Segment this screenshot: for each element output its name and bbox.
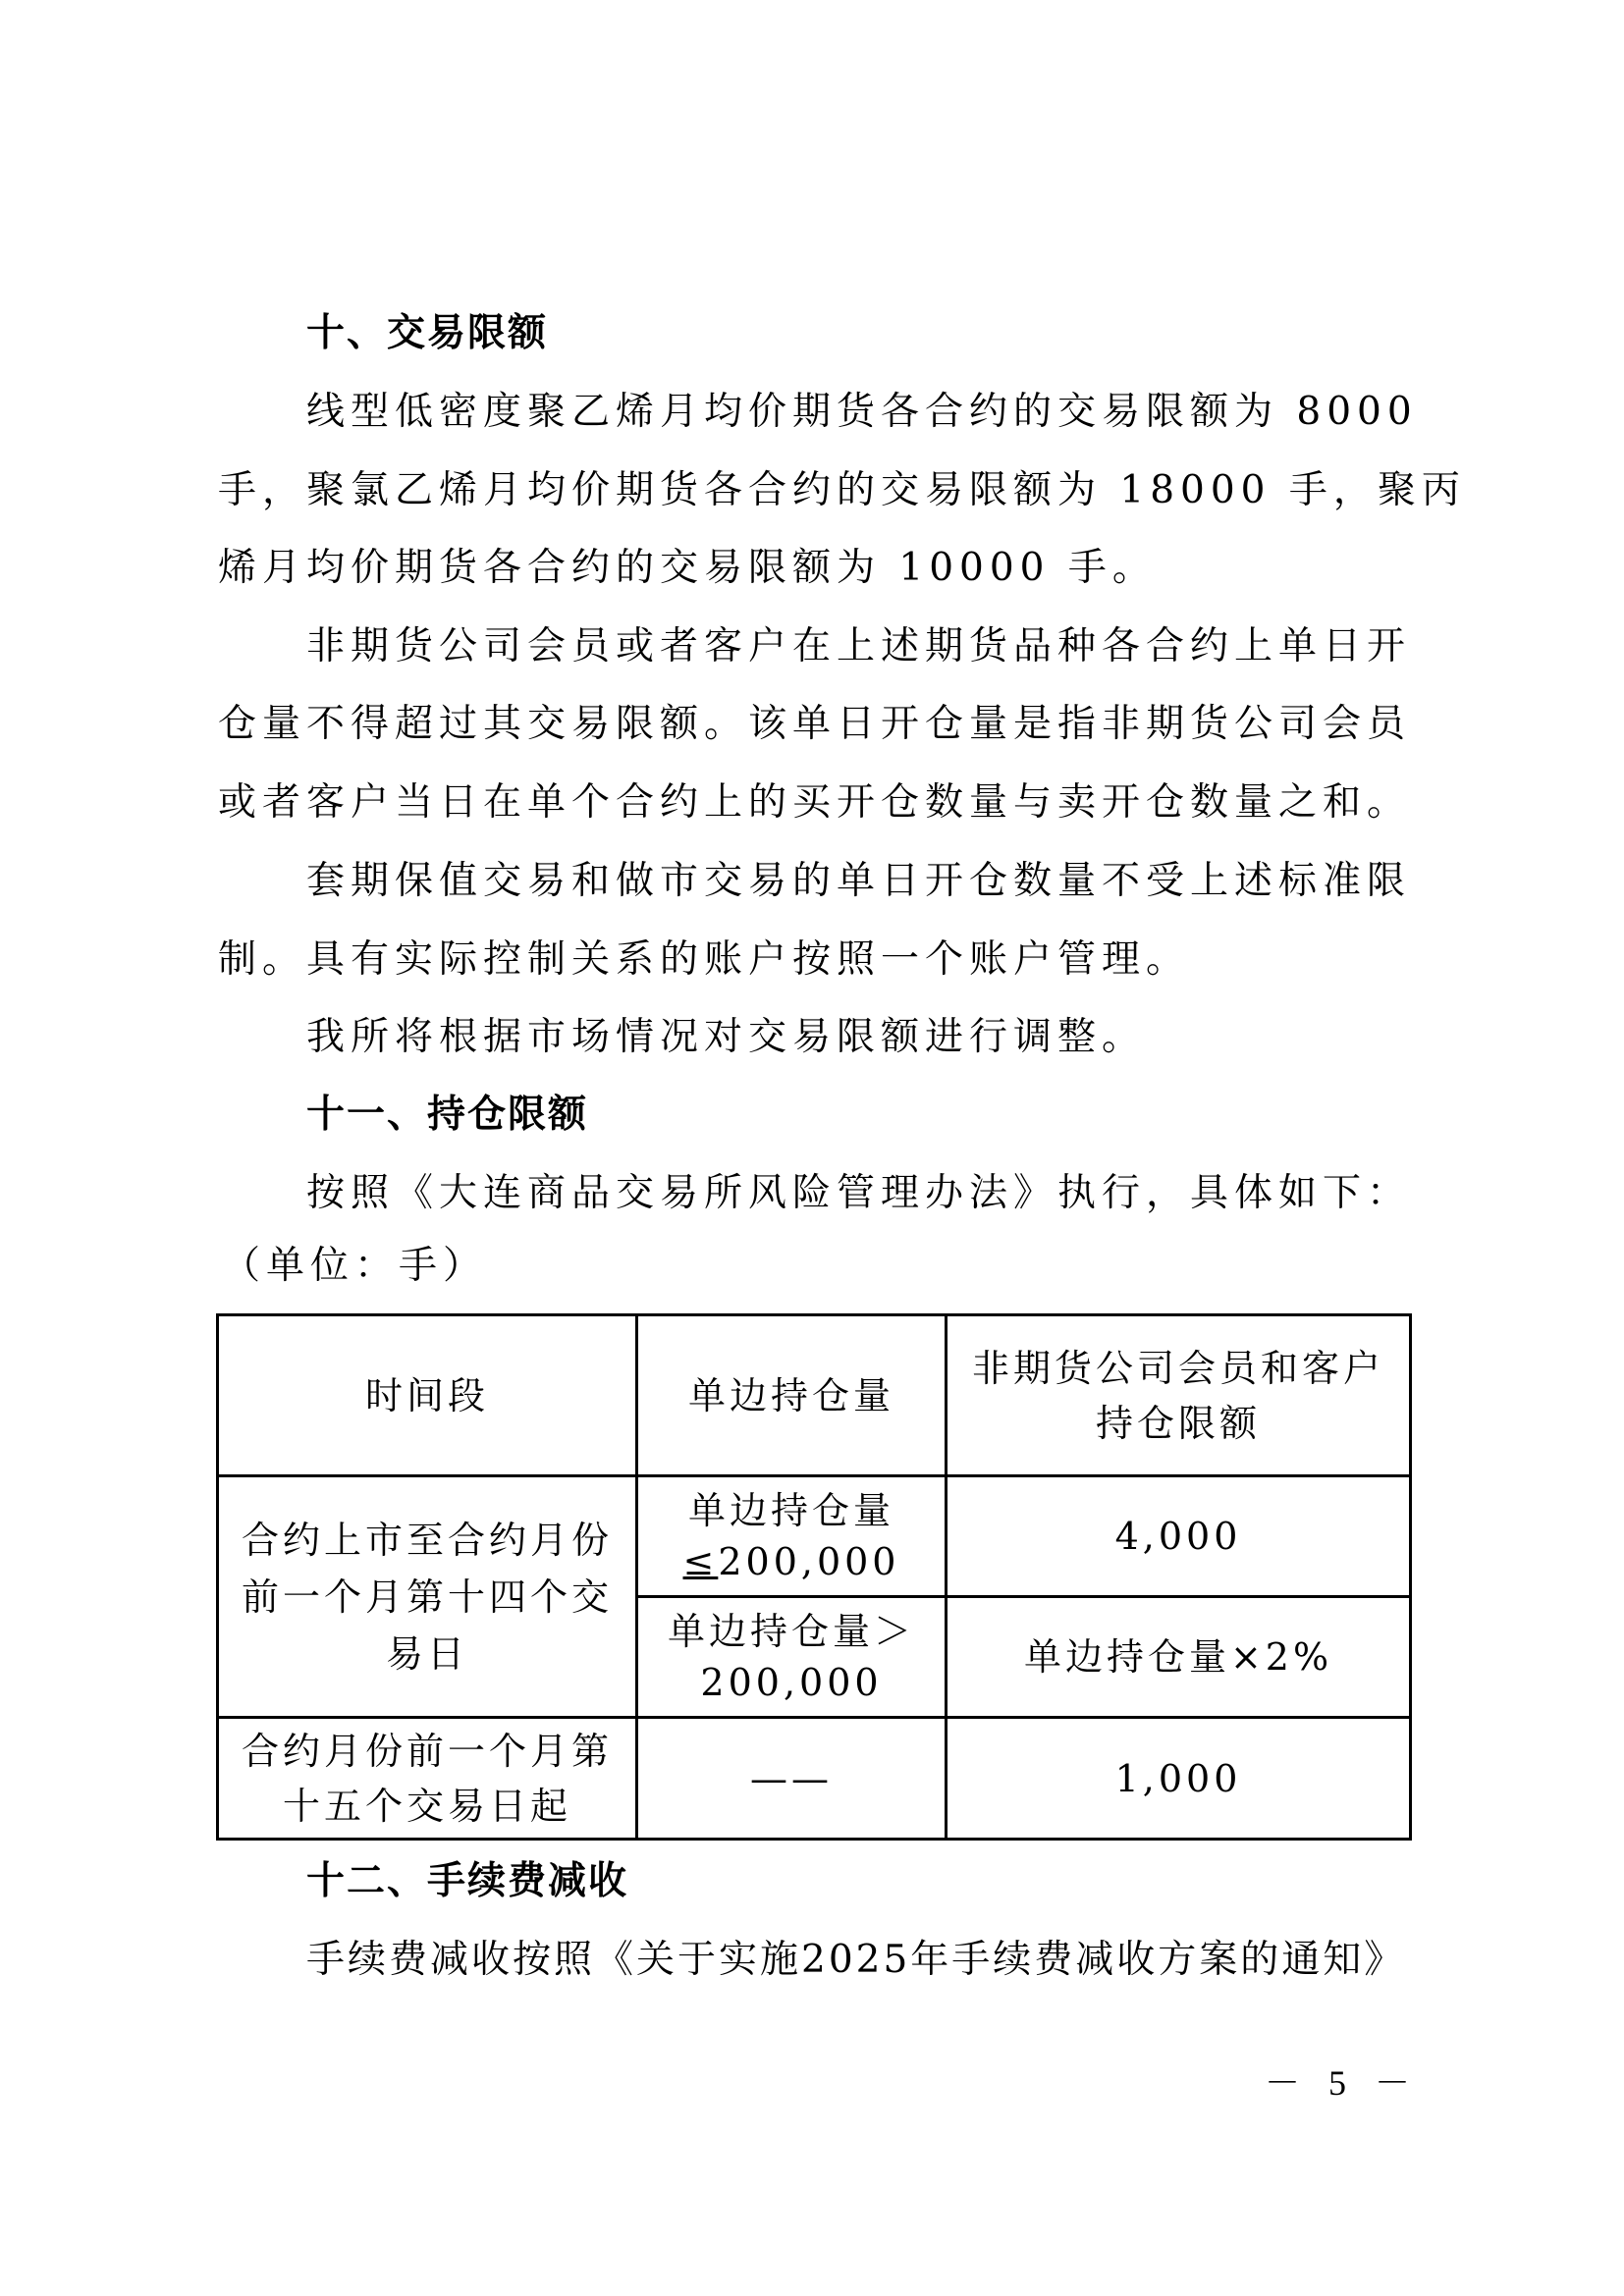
header-limit: 非期货公司会员和客户持仓限额 [947, 1315, 1411, 1476]
position-cell: 单边持仓量＞ 200,000 [637, 1597, 947, 1718]
section-12-heading: 十二、手续费减收 [306, 1858, 1411, 1905]
position-limit-table: 时间段 单边持仓量 非期货公司会员和客户持仓限额 合约上市至合约月份前一个月第十… [216, 1313, 1412, 1841]
section-11-heading: 十一、持仓限额 [306, 1092, 1411, 1139]
paragraph-line: 非期货公司会员或者客户在上述期货品种各合约上单日开 [306, 623, 1411, 670]
paragraph-line: 或者客户当日在单个合约上的买开仓数量与卖开仓数量之和。 [218, 779, 1411, 827]
paragraph-line: 手续费减收按照《关于实施2025年手续费减收方案的通知》 [306, 1937, 1411, 1984]
limit-cell: 单边持仓量×2% [947, 1597, 1411, 1718]
document-page: 十、交易限额 线型低密度聚乙烯月均价期货各合约的交易限额为 8000 手，聚氯乙… [0, 0, 1624, 2296]
page-number: － 5 － [1265, 2056, 1420, 2106]
position-prefix: 单边持仓量 [688, 1489, 894, 1532]
limit-cell: 4,000 [947, 1476, 1411, 1597]
period-cell: 合约上市至合约月份前一个月第十四个交易日 [218, 1476, 637, 1718]
paragraph-line: 烯月均价期货各合约的交易限额为 10000 手。 [218, 545, 1411, 592]
position-prefix: 单边持仓量＞ [668, 1610, 915, 1653]
paragraph-line: 手，聚氯乙烯月均价期货各合约的交易限额为 18000 手，聚丙 [218, 467, 1411, 514]
paragraph-line: 线型低密度聚乙烯月均价期货各合约的交易限额为 8000 [306, 389, 1411, 436]
header-limit-text: 非期货公司会员和客户持仓限额 [972, 1347, 1384, 1445]
position-value: 200,000 [718, 1540, 899, 1583]
period-cell: 合约月份前一个月第十五个交易日起 [218, 1718, 637, 1840]
paragraph-line: 我所将根据市场情况对交易限额进行调整。 [306, 1014, 1411, 1061]
position-value: 200,000 [700, 1661, 882, 1704]
paragraph-line: 仓量不得超过其交易限额。该单日开仓量是指非期货公司会员 [218, 701, 1411, 748]
table-row: 合约月份前一个月第十五个交易日起 —— 1,000 [218, 1718, 1411, 1840]
table-row: 合约上市至合约月份前一个月第十四个交易日 单边持仓量 ≤200,000 4,00… [218, 1476, 1411, 1597]
paragraph-line: 套期保值交易和做市交易的单日开仓数量不受上述标准限 [306, 858, 1411, 905]
section-10-heading: 十、交易限额 [306, 310, 1411, 357]
unit-label: （单位：手） [222, 1243, 1415, 1290]
period-text: 合约月份前一个月第十五个交易日起 [242, 1730, 613, 1828]
le-symbol: ≤ [683, 1540, 719, 1583]
section-11-intro: 按照《大连商品交易所风险管理办法》执行，具体如下： [306, 1170, 1411, 1217]
paragraph-line: 制。具有实际控制关系的账户按照一个账户管理。 [218, 936, 1411, 984]
header-position: 单边持仓量 [637, 1315, 947, 1476]
position-cell: —— [637, 1718, 947, 1840]
table-header-row: 时间段 单边持仓量 非期货公司会员和客户持仓限额 [218, 1315, 1411, 1476]
limit-cell: 1,000 [947, 1718, 1411, 1840]
period-text: 合约上市至合约月份前一个月第十四个交易日 [242, 1519, 613, 1676]
position-cell: 单边持仓量 ≤200,000 [637, 1476, 947, 1597]
header-period: 时间段 [218, 1315, 637, 1476]
